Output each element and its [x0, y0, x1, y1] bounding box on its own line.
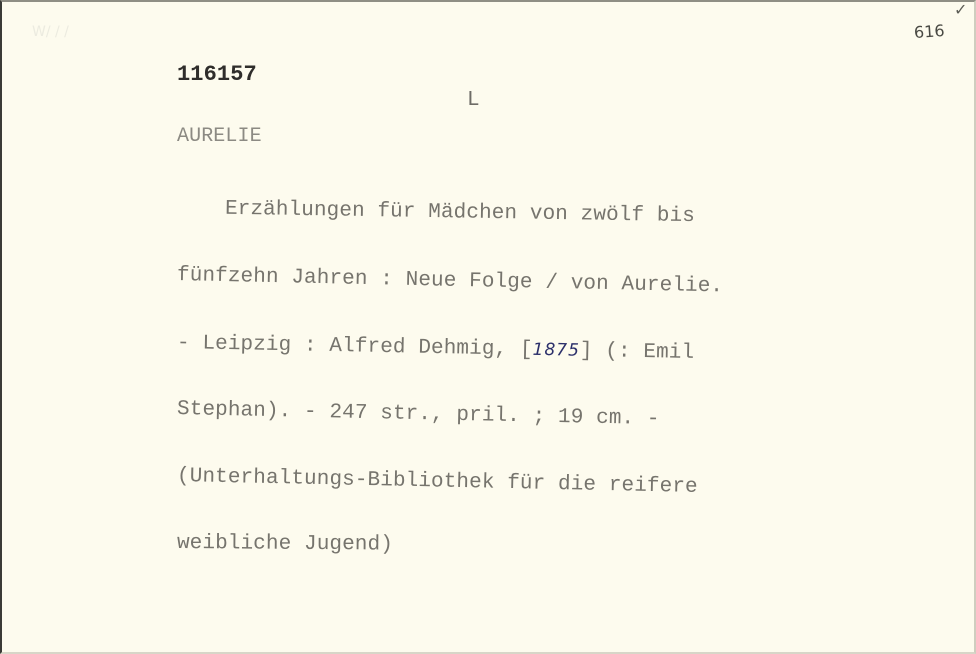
bracket-open: [ — [520, 339, 533, 362]
handwritten-year: 1875 — [532, 340, 580, 361]
series-line-2: weibliche Jugend) — [177, 533, 723, 560]
imprint-line: - Leipzig : Alfred Dehmig, [1875] (: Emi… — [177, 332, 724, 365]
author-heading: AURELIE — [177, 126, 262, 148]
collation-line: Stephan). - 247 str., pril. ; 19 cm. - — [177, 399, 724, 433]
faint-pencil-mark: W/ / / — [32, 24, 69, 40]
imprint-text: - Leipzig : Alfred Dehmig, — [177, 332, 520, 362]
call-number: 116157 — [177, 64, 257, 86]
imprint-rest: ] (: Emil — [580, 340, 695, 365]
title-line-1: Erzählungen für Mädchen von zwölf bis — [177, 198, 723, 230]
title-line-2: fünfzehn Jahren : Neue Folge / von Aurel… — [177, 265, 724, 299]
check-mark-icon: ✓ — [954, 0, 967, 19]
bibliographic-description: Erzählungen für Mädchen von zwölf bis fü… — [177, 154, 723, 600]
series-line-1: (Unterhaltungs-Bibliothek für die reifer… — [177, 466, 724, 500]
location-mark: L — [467, 90, 480, 112]
catalog-card: W/ / / 116157 L AURELIE Erzählungen für … — [0, 0, 976, 654]
handwritten-page-number: 616 — [913, 21, 945, 42]
